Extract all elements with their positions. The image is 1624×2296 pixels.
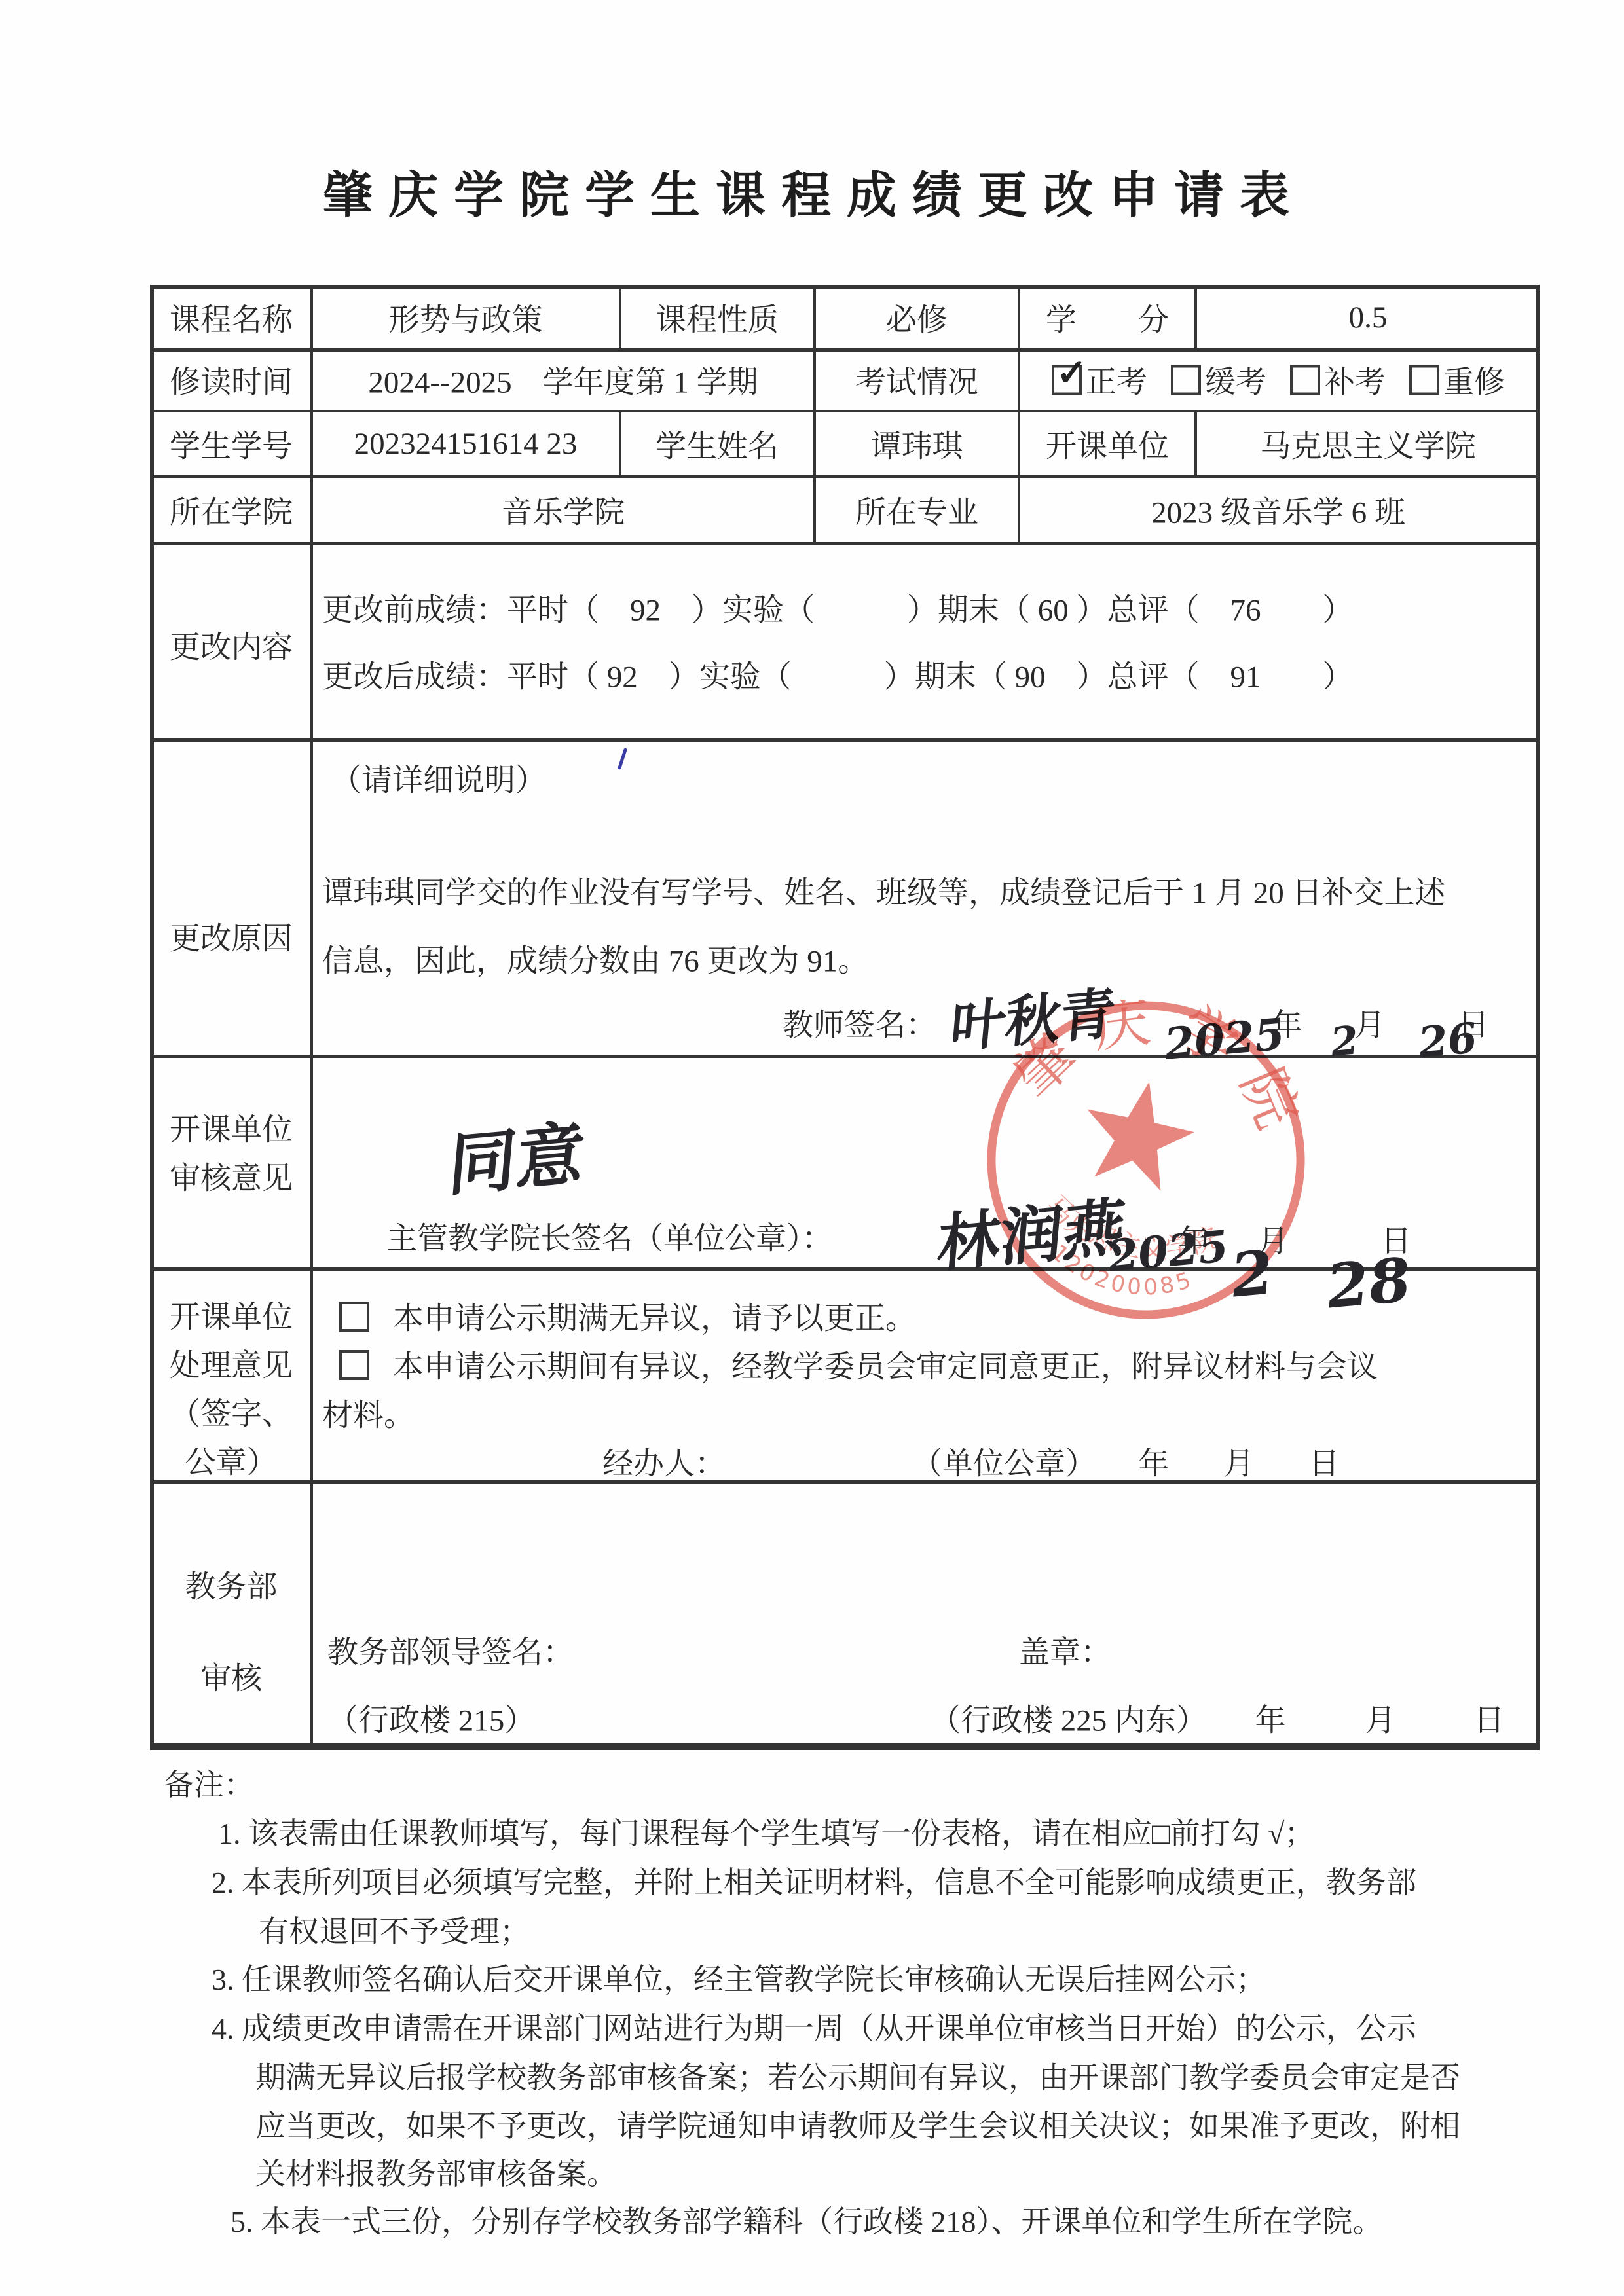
month-char: 月 xyxy=(1224,1440,1255,1484)
exam-option-label: 正考 xyxy=(1086,358,1147,402)
note-line: 有权退回不予受理； xyxy=(259,1908,530,1951)
check-mark: ✓ xyxy=(1056,352,1087,394)
checkbox-empty xyxy=(1290,365,1320,395)
day-char: 日 xyxy=(1458,1001,1489,1045)
change-reason-label: 更改原因 xyxy=(170,915,293,958)
unit-decision-label-2: 处理意见 xyxy=(170,1341,293,1385)
column-line xyxy=(619,410,621,475)
exam-option-deferred: 缓考 xyxy=(1171,358,1266,402)
student-id-value: 202324151614 23 xyxy=(354,426,578,462)
registrar-stamp-label: 盖章： xyxy=(1019,1628,1111,1672)
dean-date-month-hw: 2 xyxy=(1228,1237,1276,1312)
decision-option-2: 本申请公示期间有异议，经教学委员会审定同意更正，附异议材料与会议 xyxy=(393,1343,1378,1387)
table-border-left xyxy=(150,285,154,1750)
table-border-bottom xyxy=(150,1743,1540,1750)
course-name-value: 形势与政策 xyxy=(389,296,543,340)
note-line: 期满无异议后报学校教务部审核备案；若公示期间有异议，由开课部门教学委员会审定是否 xyxy=(255,2054,1460,2097)
course-type-label: 课程性质 xyxy=(655,296,779,340)
score-before: 更改前成绩：平时（ 92 ）实验（ ）期末（ 60 ）总评（ 76 ） xyxy=(322,586,1354,630)
note-line: 2. 本表所列项目必须填写完整，并附上相关证明材料，信息不全可能影响成绩更正，教… xyxy=(212,1859,1416,1902)
offering-unit-value: 马克思主义学院 xyxy=(1261,422,1476,466)
column-line xyxy=(1194,410,1197,475)
unit-decision-label-4: 公章） xyxy=(185,1438,278,1482)
exam-option-label: 缓考 xyxy=(1205,358,1266,402)
exam-option-makeup: 补考 xyxy=(1290,358,1386,402)
column-line xyxy=(813,285,816,542)
column-line xyxy=(1018,285,1020,542)
row-line xyxy=(150,410,1540,412)
registrar-sign-room: （行政楼 215） xyxy=(327,1696,535,1740)
row-line xyxy=(150,738,1540,742)
credit-value: 0.5 xyxy=(1349,300,1388,335)
change-content-label: 更改内容 xyxy=(170,623,293,667)
decision-checkbox-1 xyxy=(339,1302,369,1332)
column-line xyxy=(619,285,621,348)
unit-decision-label-1: 开课单位 xyxy=(170,1293,293,1337)
registrar-label-1: 教务部 xyxy=(185,1563,278,1607)
unit-seal-label: （单位公章） xyxy=(912,1440,1096,1484)
reason-hint: （请详细说明） xyxy=(331,756,546,800)
student-id-label: 学生学号 xyxy=(170,422,293,466)
offering-unit-label: 开课单位 xyxy=(1046,422,1169,466)
approval-handwriting: 同意 xyxy=(449,1104,585,1203)
dean-signature: 林润燕 xyxy=(938,1186,1126,1276)
stray-pen-mark xyxy=(618,748,627,770)
exam-option-normal: ✓ 正考 xyxy=(1052,358,1147,402)
exam-option-retake: 重修 xyxy=(1409,358,1505,402)
row-line xyxy=(150,475,1540,478)
reason-line-2: 信息，因此，成绩分数由 76 更改为 91。 xyxy=(322,937,868,981)
column-line xyxy=(310,285,313,1743)
student-name-label: 学生姓名 xyxy=(655,422,779,466)
table-border-right xyxy=(1536,285,1540,1750)
day-char: 日 xyxy=(1474,1696,1505,1740)
note-line: 1. 该表需由任课教师填写，每门课程每个学生填写一份表格，请在相应□前打勾 √； xyxy=(218,1810,1315,1853)
year-char: 年 xyxy=(1255,1696,1286,1740)
registrar-label-2: 审核 xyxy=(200,1654,262,1698)
unit-decision-label-3: （签字、 xyxy=(170,1390,293,1434)
reason-line-1: 谭玮琪同学交的作业没有写学号、姓名、班级等，成绩登记后于 1 月 20 日补交上… xyxy=(322,869,1446,913)
decision-option-2-cont: 材料。 xyxy=(322,1391,415,1435)
column-line xyxy=(1194,285,1197,348)
note-line: 5. 本表一式三份，分别存学校教务部学籍科（行政楼 218）、开课单位和学生所在… xyxy=(231,2198,1383,2241)
teacher-sign-label: 教师签名： xyxy=(783,1001,936,1045)
row-line xyxy=(150,542,1540,545)
notes-title: 备注： xyxy=(164,1761,254,1804)
dean-date-day-hw: 28 xyxy=(1323,1244,1413,1322)
unit-review-label-1: 开课单位 xyxy=(170,1106,293,1150)
college-value: 音乐学院 xyxy=(502,488,625,532)
exam-option-label: 补考 xyxy=(1324,358,1386,402)
dean-date-year-hw: 2025 xyxy=(1106,1220,1230,1283)
course-name-label: 课程名称 xyxy=(170,296,293,340)
exam-status-label: 考试情况 xyxy=(855,358,978,402)
scanned-form-page: 肇庆学院学生课程成绩更改申请表 课程名称 形势与政策 课程性质 必修 学 分 0… xyxy=(0,0,1624,2296)
checkbox-empty xyxy=(1171,365,1201,395)
term-label: 修读时间 xyxy=(170,358,293,402)
credit-label: 学 分 xyxy=(1046,296,1169,340)
student-name-value: 谭玮琪 xyxy=(871,422,963,466)
major-value: 2023 级音乐学 6 班 xyxy=(1151,488,1405,532)
note-line: 3. 任课教师签名确认后交开课单位，经主管教学院长审核确认无误后挂网公示； xyxy=(212,1956,1266,1999)
decision-option-1: 本申请公示期满无异议，请予以更正。 xyxy=(393,1294,916,1338)
decision-checkbox-2 xyxy=(339,1350,369,1380)
checkbox-checked: ✓ xyxy=(1052,365,1082,395)
checkbox-empty xyxy=(1409,365,1439,395)
table-border-top xyxy=(150,285,1540,289)
unit-review-label-2: 审核意见 xyxy=(170,1154,293,1198)
page-title: 肇庆学院学生课程成绩更改申请表 xyxy=(323,156,1305,227)
exam-options: ✓ 正考 缓考 补考 重修 xyxy=(1052,358,1505,402)
term-value: 2024--2025 学年度第 1 学期 xyxy=(368,358,758,402)
exam-option-label: 重修 xyxy=(1443,358,1505,402)
major-label: 所在专业 xyxy=(855,488,978,532)
day-char: 日 xyxy=(1309,1440,1340,1484)
note-line: 应当更改，如果不予更改，请学院通知申请教师及学生会议相关决议；如果准予更改，附相 xyxy=(255,2102,1460,2145)
college-label: 所在学院 xyxy=(170,488,293,532)
course-type-value: 必修 xyxy=(886,296,948,340)
registrar-sign-label: 教务部领导签名： xyxy=(327,1628,574,1672)
registrar-stamp-room: （行政楼 225 内东） xyxy=(930,1696,1207,1740)
seal-star xyxy=(1074,1070,1203,1195)
score-after: 更改后成绩：平时（ 92 ）实验（ ）期末（ 90 ）总评（ 91 ） xyxy=(322,653,1354,697)
year-char: 年 xyxy=(1139,1440,1170,1484)
note-line: 4. 成绩更改申请需在开课部门网站进行为期一周（从开课单位审核当日开始）的公示，… xyxy=(212,2005,1416,2048)
agent-label: 经办人： xyxy=(602,1440,726,1484)
note-line: 关材料报教务部审核备案。 xyxy=(255,2150,617,2193)
row-line xyxy=(150,348,1540,352)
month-char: 月 xyxy=(1355,1001,1386,1045)
month-char: 月 xyxy=(1365,1696,1396,1740)
dean-sign-label: 主管教学院长签名（单位公章）： xyxy=(386,1214,833,1258)
